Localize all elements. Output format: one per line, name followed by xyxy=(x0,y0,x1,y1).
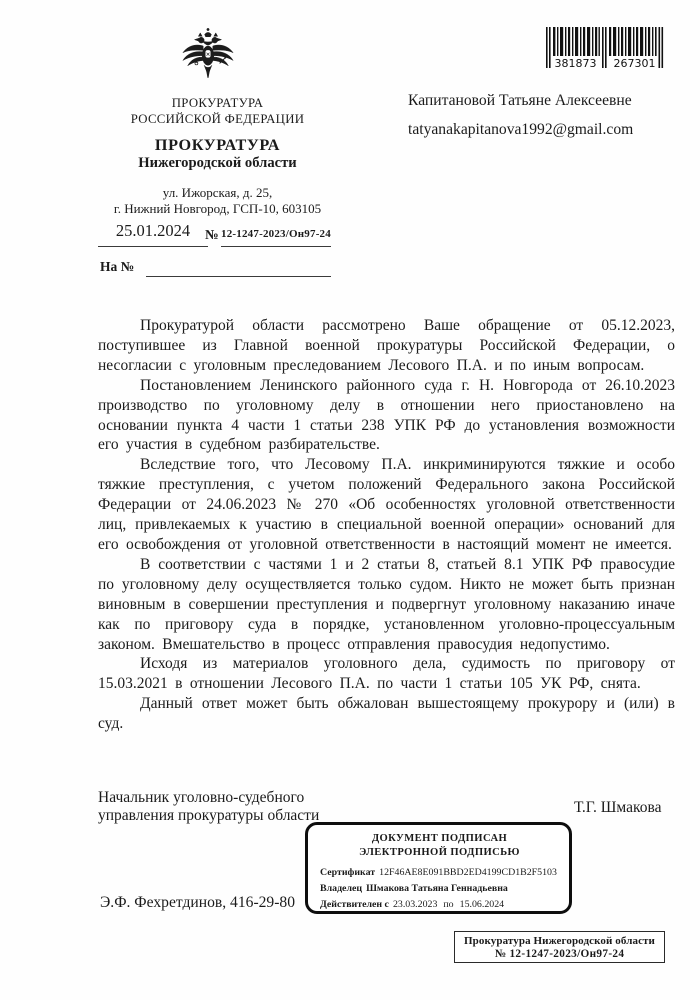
paragraph-6: Данный ответ может быть обжалован вышест… xyxy=(98,694,675,734)
owner-label: Владелец xyxy=(320,883,362,894)
barcode-digits-right: 267301 xyxy=(605,57,664,70)
executor-name-phone: Э.Ф. Фехретдинов, 416-29-80 xyxy=(100,894,295,912)
number-sign: № xyxy=(205,227,219,243)
reply-to-label: На № xyxy=(100,259,134,275)
validity-to: 15.06.2024 xyxy=(460,899,504,910)
scanned-letter-page: ПРОКУРАТУРА РОССИЙСКОЙ ФЕДЕРАЦИИ ПРОКУРА… xyxy=(0,0,700,1000)
validity-label: Действителен с xyxy=(320,899,389,910)
org-name-line1: ПРОКУРАТУРА xyxy=(95,136,340,155)
org-name-line2: Нижегородской области xyxy=(95,155,340,172)
paragraph-4: В соответствии с частями 1 и 2 статьи 8,… xyxy=(98,555,675,655)
owner-value: Шмакова Татьяна Геннадьевна xyxy=(366,883,508,894)
org-parent-line1: ПРОКУРАТУРА xyxy=(95,96,340,112)
signer-title: Начальник уголовно-судебного управления … xyxy=(98,789,319,825)
certificate-value: 12F46AE8E091BBD2ED4199CD1B2F5103 xyxy=(379,867,557,878)
letter-number: 12-1247-2023/Он97-24 xyxy=(221,228,331,247)
stamp-certificate-row: Сертификат12F46AE8E091BBD2ED4199CD1B2F51… xyxy=(320,867,559,879)
paragraph-3: Вследствие того, что Лесовому П.А. инкри… xyxy=(98,455,675,555)
stamp-validity-row: Действителен с23.03.2023по15.06.2024 xyxy=(320,899,559,911)
registration-number: № 12-1247-2023/Он97-24 xyxy=(495,948,625,960)
paragraph-5: Исходя из материалов уголовного дела, су… xyxy=(98,654,675,694)
coat-of-arms-eagle-icon xyxy=(179,25,237,93)
electronic-signature-stamp: ДОКУМЕНТ ПОДПИСАН ЭЛЕКТРОННОЙ ПОДПИСЬЮ С… xyxy=(305,822,572,914)
paragraph-1: Прокуратурой области рассмотрено Ваше об… xyxy=(98,316,675,376)
org-address-line1: ул. Ижорская, д. 25, xyxy=(95,185,340,201)
barcode-digits-left: 381873 xyxy=(546,57,605,70)
certificate-label: Сертификат xyxy=(320,867,375,878)
signer-title-line2: управления прокуратуры области xyxy=(98,807,319,825)
signer-name: Т.Г. Шмакова xyxy=(574,799,661,817)
stamp-owner-row: ВладелецШмакова Татьяна Геннадьевна xyxy=(320,883,559,895)
paragraph-2: Постановлением Ленинского районного суда… xyxy=(98,376,675,456)
validity-from: 23.03.2023 xyxy=(393,899,437,910)
stamp-title-line1: ДОКУМЕНТ ПОДПИСАН xyxy=(320,832,559,846)
recipient-email: tatyanakapitanova1992@gmail.com xyxy=(408,121,688,139)
signer-title-line1: Начальник уголовно-судебного xyxy=(98,789,319,807)
letter-date: 25.01.2024 xyxy=(98,221,208,247)
letter-body: Прокуратурой области рассмотрено Ваше об… xyxy=(98,316,675,734)
recipient-name: Капитановой Татьяне Алексеевне xyxy=(408,92,688,110)
reply-to-blank-line xyxy=(146,259,331,277)
registration-stamp-box: Прокуратура Нижегородской области № 12-1… xyxy=(454,931,665,963)
validity-mid-label: по xyxy=(443,899,453,910)
tracking-barcode: 381873 267301 xyxy=(546,27,664,73)
recipient-block: Капитановой Татьяне Алексеевне tatyanaka… xyxy=(408,92,688,139)
barcode-digits: 381873 267301 xyxy=(546,57,664,70)
org-parent-line2: РОССИЙСКОЙ ФЕДЕРАЦИИ xyxy=(95,112,340,128)
registration-org: Прокуратура Нижегородской области xyxy=(464,935,655,947)
org-address-line2: г. Нижний Новгород, ГСП-10, 603105 xyxy=(95,201,340,217)
stamp-title-line2: ЭЛЕКТРОННОЙ ПОДПИСЬЮ xyxy=(320,846,559,860)
letterhead: ПРОКУРАТУРА РОССИЙСКОЙ ФЕДЕРАЦИИ ПРОКУРА… xyxy=(95,96,340,217)
